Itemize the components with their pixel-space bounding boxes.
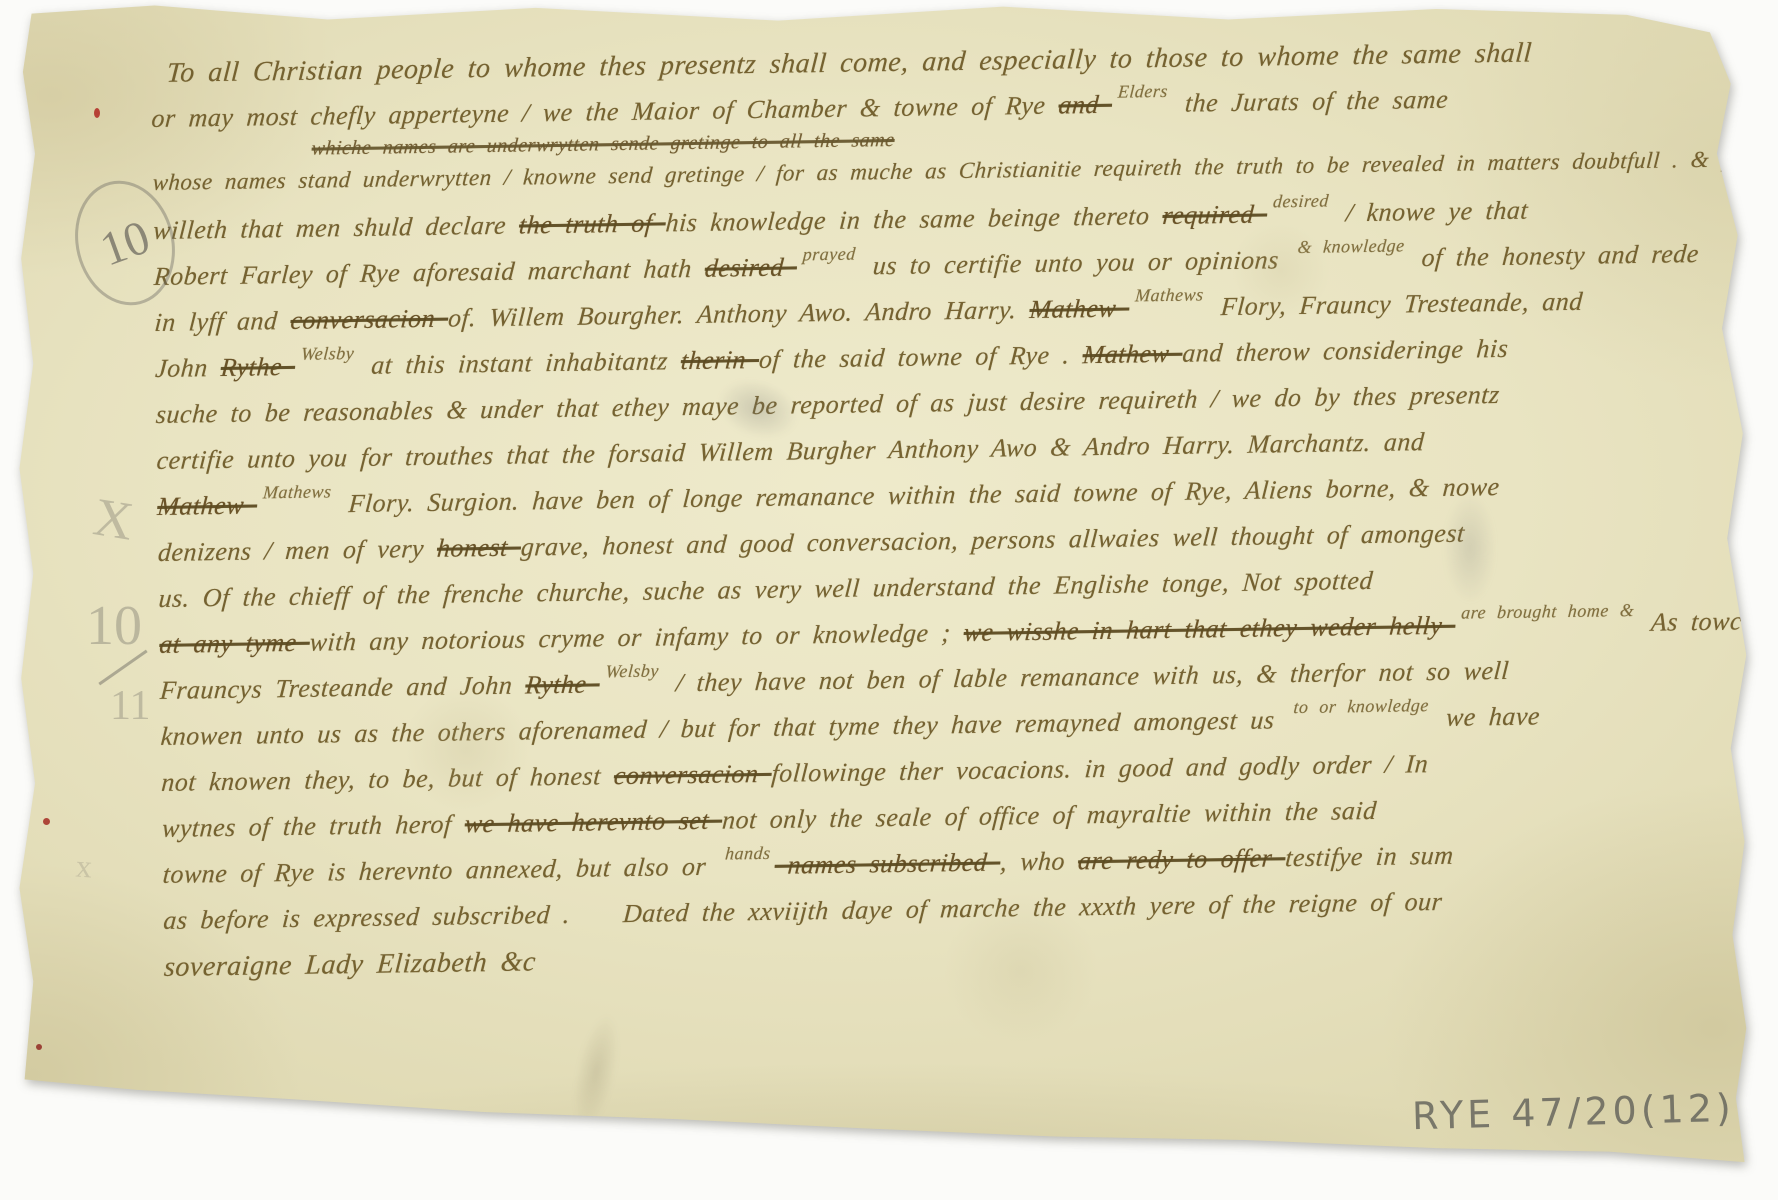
struck-through-text: names subscribed [774, 847, 1002, 879]
manuscript-paper: To all Christian people to whome thes pr… [16, 2, 1748, 1168]
manuscript-text: John [154, 353, 222, 383]
struck-through-text: the truth of [518, 208, 667, 239]
interlinear-insertion: Welsby [605, 661, 660, 683]
manuscript-text: us to certifie unto you or opinions [859, 245, 1293, 280]
interlinear-insertion: & knowledge [1297, 235, 1405, 258]
manuscript-text: soveraigne Lady Elizabeth &c [163, 946, 537, 983]
manuscript-text: / knowe ye that [1332, 196, 1529, 228]
manuscript-text-block: To all Christian people to whome thes pr… [150, 35, 1724, 998]
archive-reference-number: RYE 47/20(12) [1411, 1086, 1735, 1138]
struck-through-text: we wisshe in hart that ethey weder helly [963, 611, 1457, 647]
manuscript-text: we have [1432, 701, 1541, 732]
folio-number-text: 10 [93, 209, 157, 277]
red-ink-speck [43, 818, 50, 825]
manuscript-text: wytnes of the truth herof [161, 809, 466, 843]
struck-through-text: Mathew [1029, 293, 1131, 324]
struck-through-text: we have herevnto set [464, 806, 723, 839]
manuscript-text: at this instant inhabitantz [357, 346, 682, 380]
ink-smudge [564, 1009, 628, 1135]
manuscript-text: as before is expressed subscribed . [162, 900, 584, 935]
struck-through-text: therin [680, 345, 760, 375]
struck-through-text: conversacion [613, 759, 773, 790]
manuscript-text: Flory, Frauncy Tresteande, and [1207, 287, 1584, 322]
struck-through-text: desired [704, 252, 798, 282]
manuscript-text: willeth that men shuld declare [152, 211, 520, 245]
interlinear-insertion: prayed [802, 244, 857, 266]
manuscript-text: denizens / men of very [157, 534, 438, 567]
interlinear-insertion: are brought home & [1461, 600, 1636, 624]
interlinear-insertion: desired [1272, 191, 1329, 213]
struck-through-text: and [1058, 90, 1114, 120]
manuscript-text: , who [999, 846, 1079, 876]
manuscript-text: not knowen they, to be, but of honest [160, 761, 615, 797]
interlinear-insertion: Mathews [1134, 284, 1204, 306]
manuscript-text: As towchinge [1637, 606, 1778, 637]
red-ink-speck [94, 108, 100, 118]
struck-through-text: required [1162, 199, 1269, 230]
interlinear-insertion: Elders [1117, 81, 1169, 103]
scan-background: To all Christian people to whome thes pr… [0, 0, 1778, 1200]
manuscript-text: To all Christian people to whome thes pr… [166, 37, 1533, 88]
struck-through-text: are redy to offer [1077, 843, 1286, 875]
manuscript-text: Frauncys Tresteande and John [159, 670, 526, 704]
manuscript-text: and therow consideringe his [1181, 334, 1509, 368]
interlinear-insertion: to or knowledge [1293, 695, 1430, 718]
interlinear-insertion: Welsby [300, 343, 355, 365]
struck-through-text: at any tyme [158, 628, 310, 659]
pencil-shelfmark-denominator: 11 [110, 682, 150, 730]
paper-sheet: To all Christian people to whome thes pr… [16, 2, 1748, 1168]
struck-through-text: honest [436, 533, 522, 563]
pencil-cross-mark-lower: x [75, 847, 94, 885]
manuscript-text: testifye in sum [1284, 841, 1454, 873]
struck-through-text: Rythe [220, 352, 296, 382]
manuscript-text: of the said towne of Rye . [758, 340, 1084, 374]
manuscript-text: his knowledge in the same beinge thereto [665, 201, 1164, 237]
struck-through-text: conversacion [290, 304, 450, 335]
struck-through-text: Mathew [156, 490, 258, 521]
interlinear-insertion: hands [724, 843, 771, 865]
red-ink-speck [36, 1044, 42, 1050]
pencil-shelfmark-numerator: 10 [86, 594, 142, 658]
manuscript-text: of the honesty and rede [1408, 239, 1700, 272]
pencil-cross-mark-upper: X [89, 485, 137, 552]
interlinear-insertion: Mathews [262, 481, 332, 503]
struck-through-text: Rythe [524, 669, 600, 699]
struck-through-text: Mathew [1082, 339, 1184, 370]
manuscript-text: in lyff and [154, 306, 292, 337]
manuscript-text: the Jurats of the same [1171, 85, 1449, 118]
